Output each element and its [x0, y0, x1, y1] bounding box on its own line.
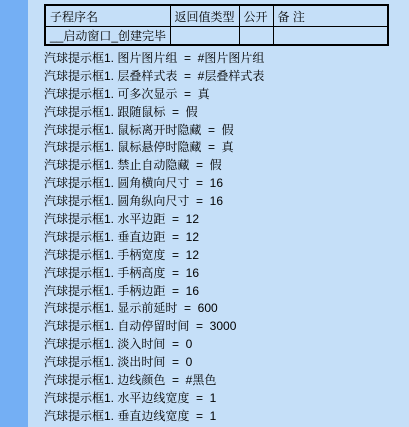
code-statement[interactable]: 汽球提示框1. 禁止自动隐藏 = 假: [44, 157, 409, 175]
subroutine-table-data-row: __启动窗口_创建完毕: [45, 27, 388, 46]
code-statement[interactable]: 汽球提示框1. 淡入时间 = 0: [44, 336, 409, 354]
column-header-comment: 备 注: [273, 5, 388, 27]
code-statement[interactable]: 汽球提示框1. 鼠标悬停时隐藏 = 真: [44, 139, 409, 157]
code-statements: 汽球提示框1. 图片图片组 = #图片图片组汽球提示框1. 层叠样式表 = #层…: [44, 50, 409, 426]
code-statement[interactable]: 汽球提示框1. 边线颜色 = #黑色: [44, 372, 409, 390]
code-statement[interactable]: 汽球提示框1. 垂直边线宽度 = 1: [44, 408, 409, 426]
code-statement[interactable]: 汽球提示框1. 自动停留时间 = 3000: [44, 318, 409, 336]
code-statement[interactable]: 汽球提示框1. 图片图片组 = #图片图片组: [44, 50, 409, 68]
code-statement[interactable]: 汽球提示框1. 水平边距 = 12: [44, 211, 409, 229]
ide-code-view: { "table": { "headers": { "name": "子程序名"…: [0, 0, 409, 427]
code-statement[interactable]: 汽球提示框1. 鼠标离开时隐藏 = 假: [44, 122, 409, 140]
column-header-return-type: 返回值类型: [170, 5, 239, 27]
subroutine-table: 子程序名 返回值类型 公开 备 注 __启动窗口_创建完毕: [44, 4, 389, 46]
code-statement[interactable]: 汽球提示框1. 圆角横向尺寸 = 16: [44, 175, 409, 193]
column-header-public: 公开: [239, 5, 273, 27]
public-cell[interactable]: [239, 27, 273, 46]
code-statement[interactable]: 汽球提示框1. 淡出时间 = 0: [44, 354, 409, 372]
subroutine-table-header-row: 子程序名 返回值类型 公开 备 注: [45, 5, 388, 27]
column-header-subroutine-name: 子程序名: [45, 5, 170, 27]
comment-cell[interactable]: [273, 27, 388, 46]
code-statement[interactable]: 汽球提示框1. 手柄高度 = 16: [44, 265, 409, 283]
code-statement[interactable]: 汽球提示框1. 水平边线宽度 = 1: [44, 390, 409, 408]
subroutine-name-cell[interactable]: __启动窗口_创建完毕: [45, 27, 170, 46]
code-statement[interactable]: 汽球提示框1. 层叠样式表 = #层叠样式表: [44, 68, 409, 86]
ide-left-margin: [0, 0, 28, 427]
code-statement[interactable]: 汽球提示框1. 显示前延时 = 600: [44, 300, 409, 318]
return-type-cell[interactable]: [170, 27, 239, 46]
code-statement[interactable]: 汽球提示框1. 圆角纵向尺寸 = 16: [44, 193, 409, 211]
code-statement[interactable]: 汽球提示框1. 手柄边距 = 16: [44, 283, 409, 301]
code-statement[interactable]: 汽球提示框1. 垂直边距 = 12: [44, 229, 409, 247]
code-statement[interactable]: 汽球提示框1. 跟随鼠标 = 假: [44, 104, 409, 122]
code-statement[interactable]: 汽球提示框1. 可多次显示 = 真: [44, 86, 409, 104]
code-statement[interactable]: 汽球提示框1. 手柄宽度 = 12: [44, 247, 409, 265]
